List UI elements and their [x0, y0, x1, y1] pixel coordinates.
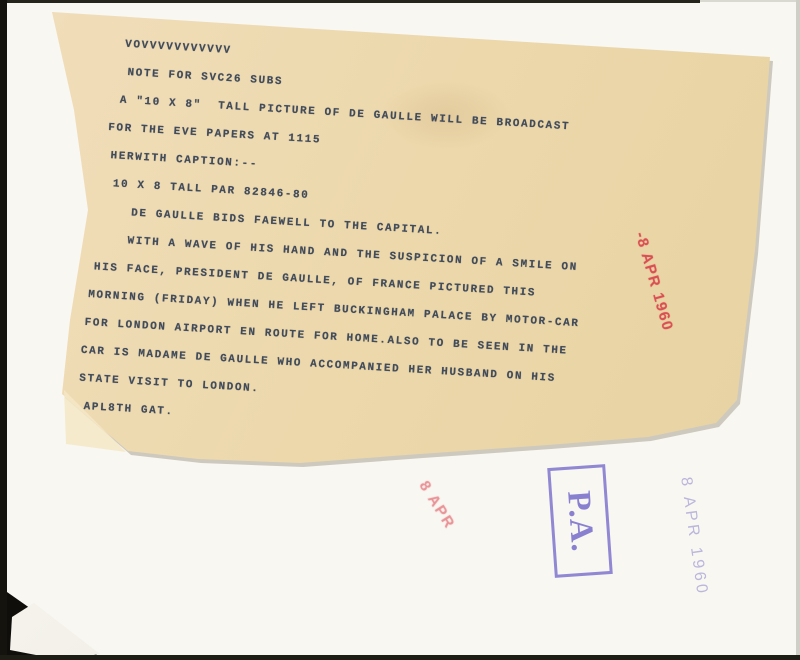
- photo-of-press-telegram: VOVVVVVVVVVVV NOTE FOR SVC26 SUBS A "10 …: [0, 0, 800, 660]
- photo-edge-left: [0, 0, 7, 660]
- photo-edge-bottom: [0, 655, 800, 660]
- press-association-initials: P.A.: [559, 489, 600, 553]
- photo-edge-right: [796, 0, 800, 660]
- photo-edge-top: [0, 0, 700, 3]
- pencil-date-note: 8 APR 1960: [676, 476, 711, 598]
- press-association-stamp: P.A.: [547, 464, 613, 578]
- photo-edge-top-right: [700, 0, 800, 2]
- red-date-stamp-faint: 8 APR: [416, 478, 459, 532]
